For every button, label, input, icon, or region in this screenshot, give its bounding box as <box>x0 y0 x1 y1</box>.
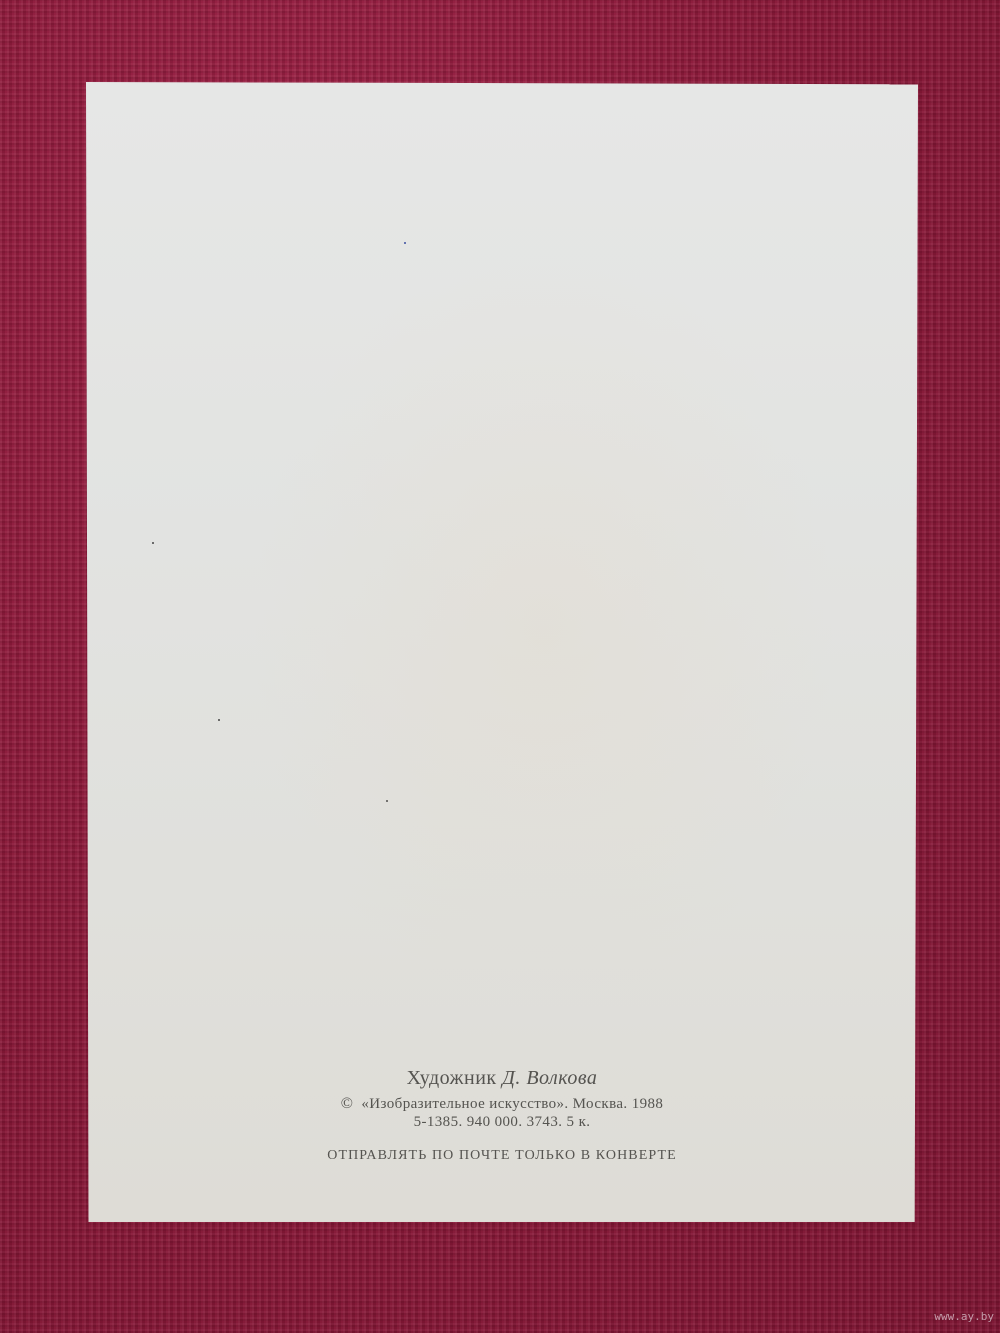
catalog-line: 5-1385. 940 000. 3743. 5 к. <box>86 1113 918 1131</box>
paper-speck <box>218 719 220 721</box>
artist-label: Художник <box>407 1067 497 1089</box>
paper-speck <box>386 800 388 802</box>
artist-credit: Художник Д. Волкова <box>86 1067 918 1090</box>
watermark: www.ay.by <box>934 1310 994 1323</box>
artist-name: Д. Волкова <box>502 1067 597 1089</box>
publisher-text: «Изобразительное искусство». Москва. 198… <box>361 1096 663 1112</box>
publisher-line: © «Изобразительное искусство». Москва. 1… <box>86 1095 918 1113</box>
paper-speck <box>404 242 406 244</box>
paper-speck <box>152 542 154 544</box>
mailing-notice: ОТПРАВЛЯТЬ ПО ПОЧТЕ ТОЛЬКО В КОНВЕРТЕ <box>86 1148 918 1164</box>
imprint-block: Художник Д. Волкова © «Изобразительное и… <box>86 1067 918 1164</box>
postcard-back: Художник Д. Волкова © «Изобразительное и… <box>86 82 918 1222</box>
copyright-icon: © <box>341 1095 354 1112</box>
